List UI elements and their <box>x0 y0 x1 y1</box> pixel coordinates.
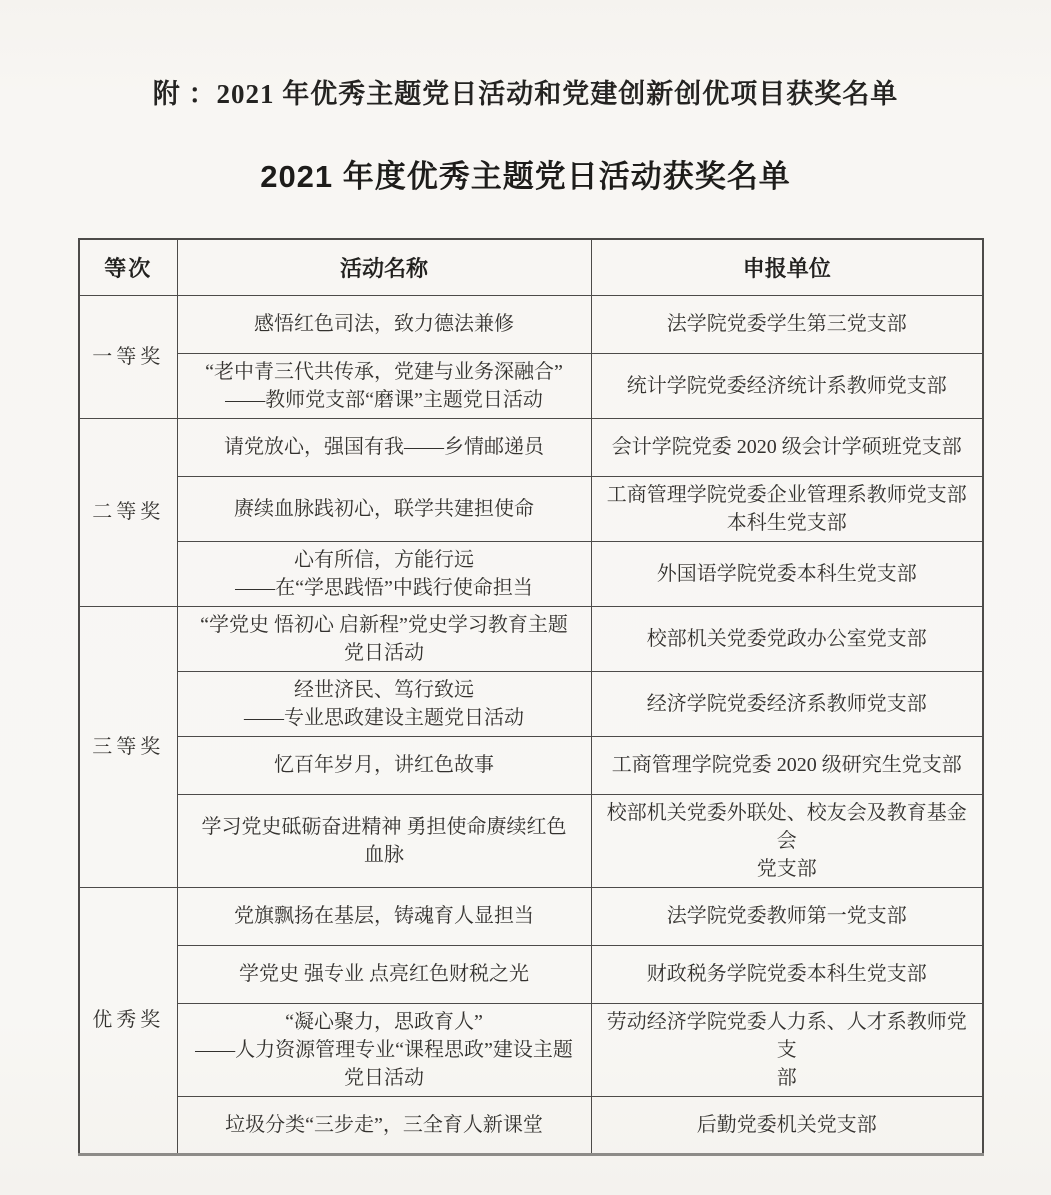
table-row: 赓续血脉践初心，联学共建担使命工商管理学院党委企业管理系教师党支部 本科生党支部 <box>79 476 983 541</box>
activity-cell: 心有所信，方能行远 ——在“学思践悟”中践行使命担当 <box>177 541 591 606</box>
table-row: 经世济民、笃行致远 ——专业思政建设主题党日活动经济学院党委经济系教师党支部 <box>79 671 983 736</box>
activity-cell: 学习党史砥砺奋进精神 勇担使命赓续红色 血脉 <box>177 794 591 887</box>
unit-cell: 经济学院党委经济系教师党支部 <box>591 671 983 736</box>
rank-cell: 二等奖 <box>79 418 177 606</box>
unit-cell: 工商管理学院党委 2020 级研究生党支部 <box>591 736 983 794</box>
table-row: “凝心聚力，思政育人” ——人力资源管理专业“课程思政”建设主题 党日活动劳动经… <box>79 1003 983 1096</box>
table-row: 一等奖感悟红色司法，致力德法兼修法学院党委学生第三党支部 <box>79 295 983 353</box>
unit-cell: 财政税务学院党委本科生党支部 <box>591 945 983 1003</box>
activity-cell: 感悟红色司法，致力德法兼修 <box>177 295 591 353</box>
header-row: 等次 活动名称 申报单位 <box>79 239 983 295</box>
awards-table-header: 等次 活动名称 申报单位 <box>79 239 983 295</box>
activity-cell: 忆百年岁月，讲红色故事 <box>177 736 591 794</box>
table-row: 优秀奖党旗飘扬在基层，铸魂育人显担当法学院党委教师第一党支部 <box>79 887 983 945</box>
table-row: 忆百年岁月，讲红色故事工商管理学院党委 2020 级研究生党支部 <box>79 736 983 794</box>
rank-cell: 一等奖 <box>79 295 177 418</box>
unit-cell: 劳动经济学院党委人力系、人才系教师党支 部 <box>591 1003 983 1096</box>
activity-cell: 赓续血脉践初心，联学共建担使命 <box>177 476 591 541</box>
unit-cell: 法学院党委教师第一党支部 <box>591 887 983 945</box>
activity-cell: 经世济民、笃行致远 ——专业思政建设主题党日活动 <box>177 671 591 736</box>
activity-cell: 学党史 强专业 点亮红色财税之光 <box>177 945 591 1003</box>
table-row: 三等奖“学党史 悟初心 启新程”党史学习教育主题 党日活动校部机关党委党政办公室… <box>79 606 983 671</box>
header-activity: 活动名称 <box>177 239 591 295</box>
activity-cell: “凝心聚力，思政育人” ——人力资源管理专业“课程思政”建设主题 党日活动 <box>177 1003 591 1096</box>
awards-table: 等次 活动名称 申报单位 一等奖感悟红色司法，致力德法兼修法学院党委学生第三党支… <box>78 238 984 1156</box>
table-row: 心有所信，方能行远 ——在“学思践悟”中践行使命担当外国语学院党委本科生党支部 <box>79 541 983 606</box>
activity-cell: 党旗飘扬在基层，铸魂育人显担当 <box>177 887 591 945</box>
header-unit: 申报单位 <box>591 239 983 295</box>
unit-cell: 后勤党委机关党支部 <box>591 1096 983 1154</box>
document-page: 附 ：2021 年优秀主题党日活动和党建创新创优项目获奖名单 2021 年度优秀… <box>0 0 1051 1156</box>
unit-cell: 校部机关党委外联处、校友会及教育基金会 党支部 <box>591 794 983 887</box>
document-title: 附 ：2021 年优秀主题党日活动和党建创新创优项目获奖名单 <box>0 72 1051 111</box>
activity-cell: 垃圾分类“三步走”，三全育人新课堂 <box>177 1096 591 1154</box>
unit-cell: 统计学院党委经济统计系教师党支部 <box>591 353 983 418</box>
unit-cell: 校部机关党委党政办公室党支部 <box>591 606 983 671</box>
rank-cell: 优秀奖 <box>79 887 177 1154</box>
unit-cell: 会计学院党委 2020 级会计学硕班党支部 <box>591 418 983 476</box>
rank-cell: 三等奖 <box>79 606 177 887</box>
table-row: “老中青三代共传承，党建与业务深融合” ——教师党支部“磨课”主题党日活动统计学… <box>79 353 983 418</box>
activity-cell: “老中青三代共传承，党建与业务深融合” ——教师党支部“磨课”主题党日活动 <box>177 353 591 418</box>
table-row: 学党史 强专业 点亮红色财税之光财政税务学院党委本科生党支部 <box>79 945 983 1003</box>
awards-table-body: 一等奖感悟红色司法，致力德法兼修法学院党委学生第三党支部“老中青三代共传承，党建… <box>79 295 983 1154</box>
unit-cell: 外国语学院党委本科生党支部 <box>591 541 983 606</box>
table-row: 学习党史砥砺奋进精神 勇担使命赓续红色 血脉校部机关党委外联处、校友会及教育基金… <box>79 794 983 887</box>
document-subtitle: 2021 年度优秀主题党日活动获奖名单 <box>0 151 1051 196</box>
header-rank: 等次 <box>79 239 177 295</box>
activity-cell: “学党史 悟初心 启新程”党史学习教育主题 党日活动 <box>177 606 591 671</box>
unit-cell: 法学院党委学生第三党支部 <box>591 295 983 353</box>
unit-cell: 工商管理学院党委企业管理系教师党支部 本科生党支部 <box>591 476 983 541</box>
table-row: 垃圾分类“三步走”，三全育人新课堂后勤党委机关党支部 <box>79 1096 983 1154</box>
activity-cell: 请党放心，强国有我——乡情邮递员 <box>177 418 591 476</box>
table-row: 二等奖请党放心，强国有我——乡情邮递员会计学院党委 2020 级会计学硕班党支部 <box>79 418 983 476</box>
